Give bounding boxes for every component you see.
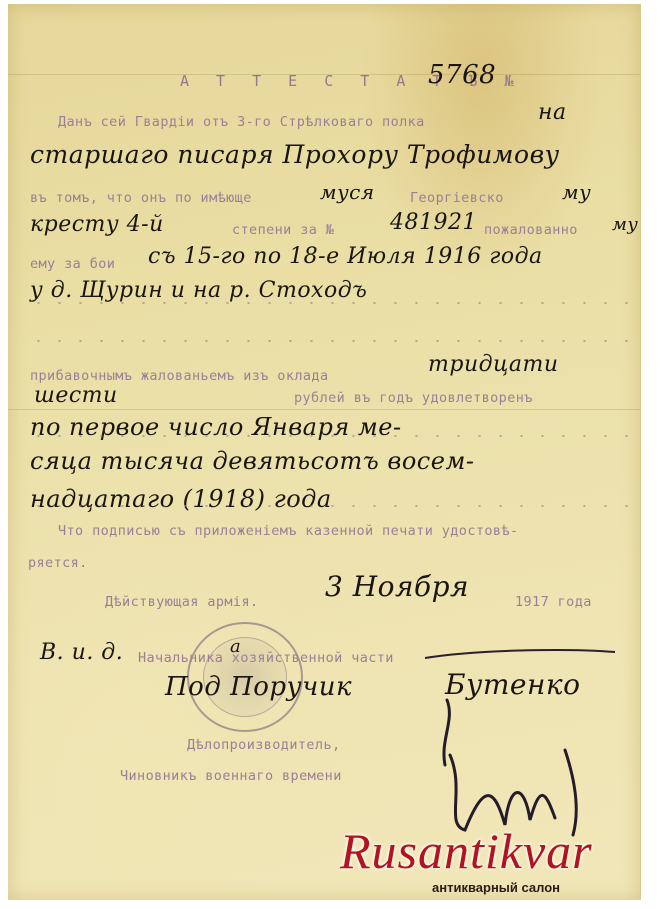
hand-line-4c: му [612,214,638,235]
hand-line-1: на [538,100,567,125]
hand-line-10: сяца тысяча девятьсотъ восем- [30,447,474,475]
signature-scribble-icon [415,640,645,840]
hand-line-4b: 481921 [390,210,477,235]
hand-line-3a: муся [320,180,375,204]
hand-line-4a: кресту 4-й [30,212,164,237]
hand-line-8: шести [34,383,118,408]
hand-acting-label: В. и. д. [40,640,123,665]
hand-line-5: съ 15-го по 18-е Июля 1916 года [148,244,543,269]
typed-clerk-title: Дѣлопроизводитель, [187,737,341,753]
handwritten-date: 3 Ноября [325,570,469,603]
hand-line-3b: му [562,180,591,204]
hand-line-11: надцатаго (1918) года [30,485,332,513]
dotted-rule [28,505,628,507]
attestat-number: 5768 [428,60,496,90]
hand-line-7: тридцати [428,352,559,377]
watermark-subtitle: антикварный салон [432,880,560,895]
dotted-rule [28,302,628,304]
hand-line-6: у д. Щурин и на р. Стоходъ [30,278,367,303]
typed-line-13: ряется. [28,555,88,571]
hand-rank: Под Поручик [165,672,352,702]
hand-line-2: старшаго писаря Прохору Трофимову [30,140,560,169]
typed-official-title: Чиновникъ военнаго времени [120,768,342,784]
typed-line-7: прибавочнымъ жалованьемъ изъ оклада [30,368,328,384]
typed-line-4b: пожалованно [484,222,578,238]
typed-line-5: ему за бои [30,256,115,272]
hand-head-suffix: а [230,636,241,657]
dotted-rule [28,435,628,437]
typed-line-8: рублей въ годъ удовлетворенъ [294,390,533,406]
typed-line-1: Данъ сей Гвардіи отъ 3-го Стрѣлковаго по… [58,114,425,130]
typed-line-4: степени за № [232,222,334,238]
typed-line-12: Что подписью съ приложеніемъ казенной пе… [58,523,519,539]
year-label: 1917 года [515,594,592,610]
paper-fold [8,409,640,410]
place-label: Дѣйствующая армія. [105,594,259,610]
typed-line-3b: Георгіевско [410,190,504,206]
typed-head-title: Начальника хозяйственной части [138,650,394,666]
dotted-rule [28,340,628,342]
watermark-brand: Rusantikvar [340,822,593,880]
typed-line-3a: въ томъ, что онъ по имѣюще [30,190,252,206]
